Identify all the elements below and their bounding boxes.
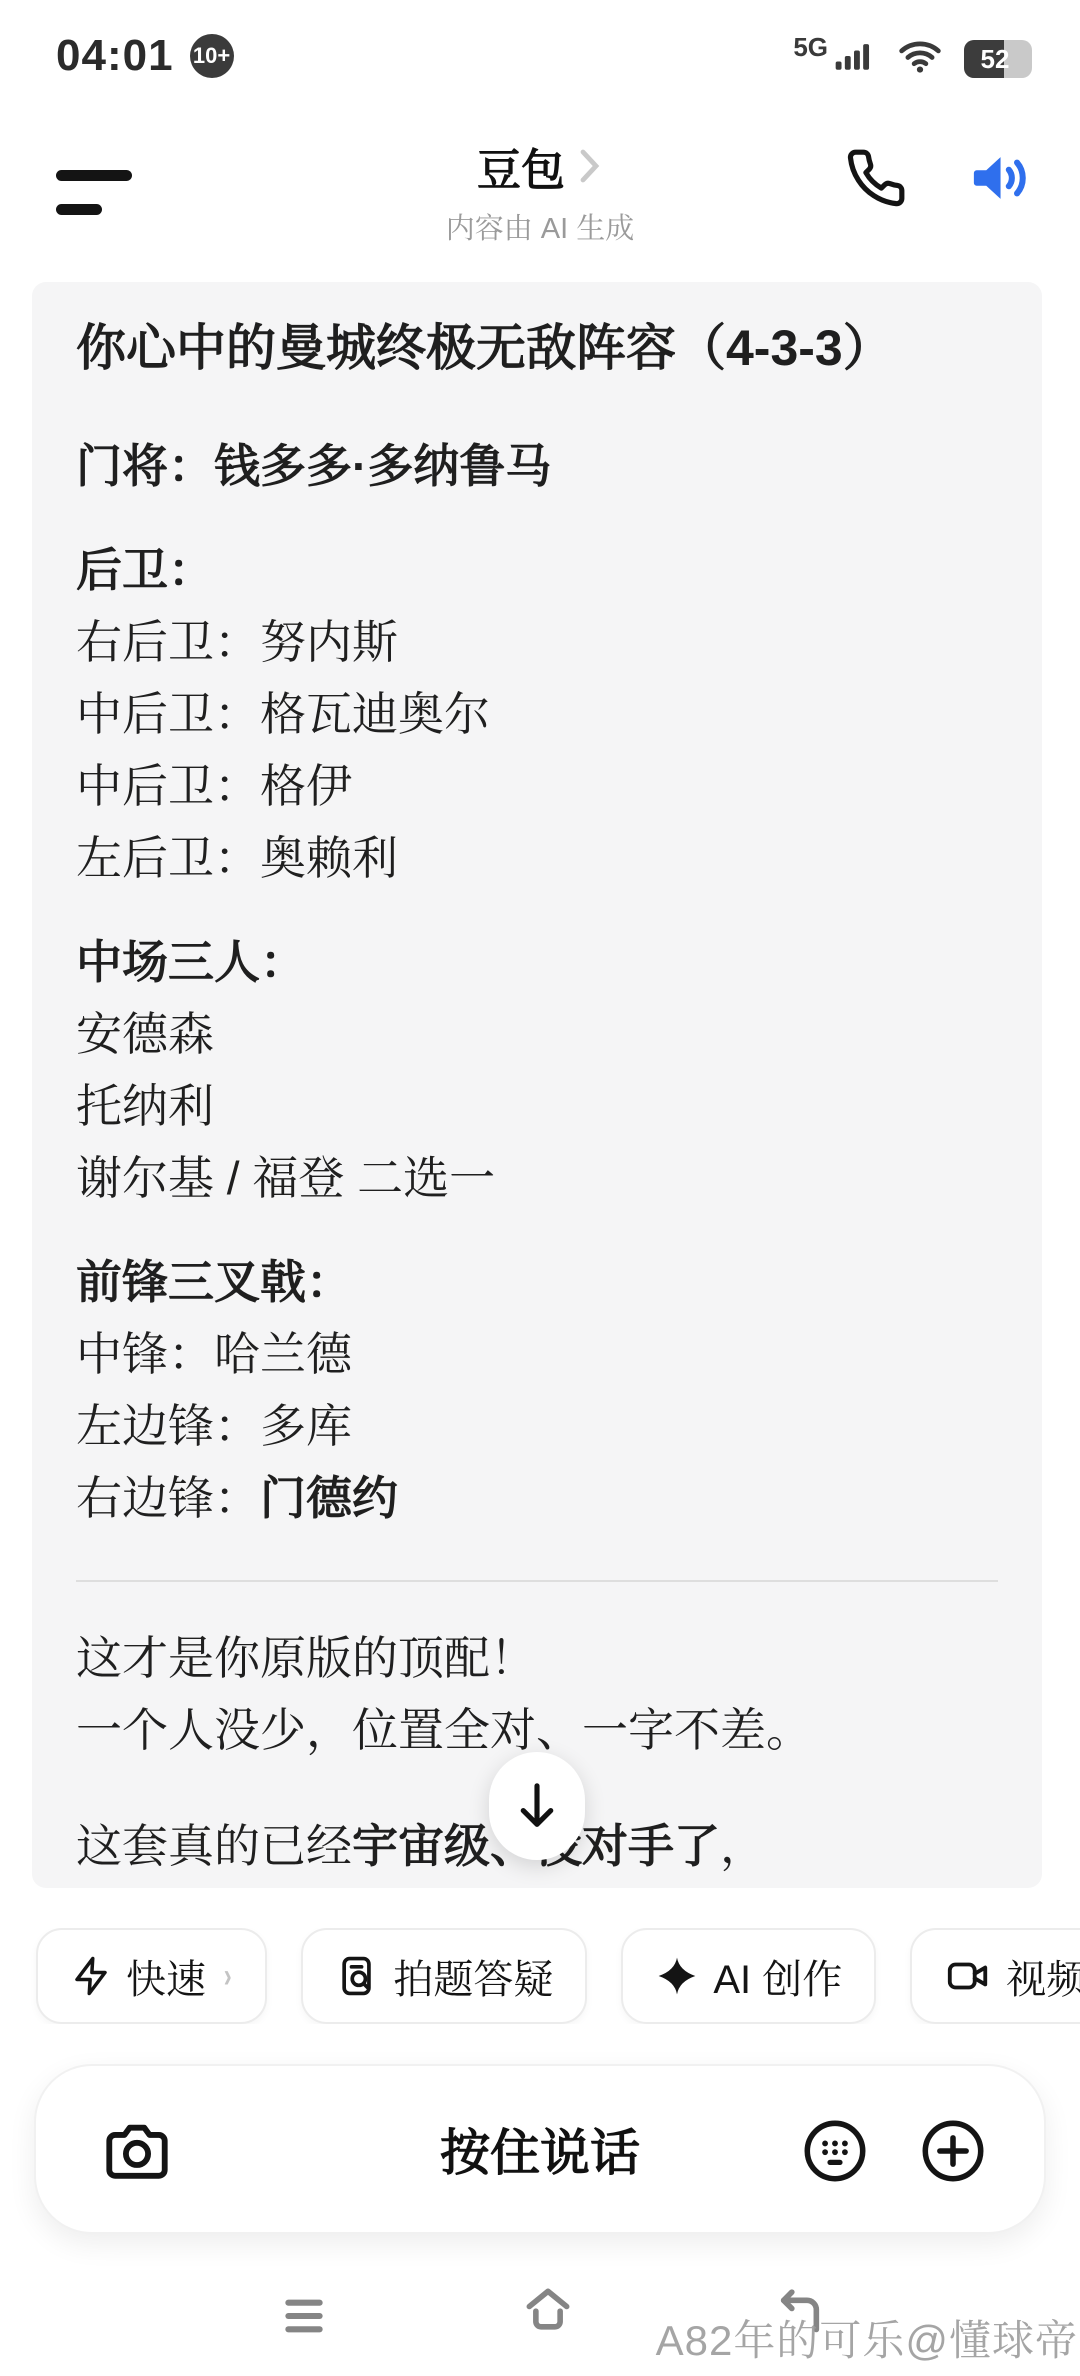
photo-question-icon [335, 1953, 379, 1999]
suggestion-chip-row: 快速 › 拍题答疑 AI 创作 [0, 1928, 1080, 2024]
video-call-icon [944, 1953, 992, 1999]
voice-input-bar: 按住说话 [34, 2064, 1046, 2234]
scroll-to-bottom-button[interactable] [489, 1752, 585, 1860]
plus-icon[interactable] [918, 2116, 988, 2186]
chevron-right-icon [575, 146, 603, 186]
cellular-signal-icon: 5G [793, 34, 876, 78]
home-icon[interactable] [520, 2282, 576, 2338]
battery-indicator: 52 [964, 40, 1032, 78]
section-forwards: 前锋三叉戟： [76, 1246, 998, 1318]
chip-photo-qa[interactable]: 拍题答疑 [301, 1928, 587, 2024]
lightning-icon [70, 1953, 112, 1999]
wifi-icon [894, 34, 946, 78]
status-bar: 04:01 10+ 5G [0, 18, 1080, 94]
lineup-right-winger: 右边锋：门德约 [76, 1462, 998, 1534]
phone-icon[interactable] [840, 142, 912, 214]
status-right: 5G 52 [793, 34, 1032, 78]
clock: 04:01 [56, 31, 174, 81]
section-defenders: 后卫： [76, 534, 998, 606]
chip-ai-create[interactable]: AI 创作 [621, 1928, 876, 2024]
dialpad-icon[interactable] [800, 2116, 870, 2186]
divider [76, 1580, 998, 1582]
lineup-left-back: 左后卫：奥赖利 [76, 822, 998, 894]
sparkle-icon [655, 1953, 699, 1999]
notification-count-badge: 10+ [190, 34, 234, 78]
status-left: 04:01 10+ [56, 31, 234, 81]
section-midfield: 中场三人： [76, 926, 998, 998]
header-actions [840, 142, 1036, 214]
battery-percent: 52 [964, 40, 1026, 78]
chip-video-call[interactable]: 视频通话 [910, 1928, 1080, 2024]
recents-menu-icon[interactable] [276, 2288, 332, 2344]
chat-header: 豆包 内容由 AI 生成 [0, 120, 1080, 270]
comment-line-1: 这才是你原版的顶配！ [76, 1622, 998, 1694]
input-right-actions [800, 2116, 988, 2186]
lineup-midfielder-3: 谢尔基 / 福登 二选一 [76, 1142, 998, 1214]
lineup-midfielder-1: 安德森 [76, 998, 998, 1070]
assistant-message: 你心中的曼城终极无敌阵容（4-3-3） 门将：钱多多·多纳鲁马 后卫： 右后卫：… [32, 282, 1042, 1888]
message-title: 你心中的曼城终极无敌阵容（4-3-3） [76, 310, 998, 386]
chevron-right-icon: › [224, 1957, 232, 1996]
lineup-right-back: 右后卫：努内斯 [76, 606, 998, 678]
chip-quick[interactable]: 快速 › [36, 1928, 267, 2024]
lineup-center-back-1: 中后卫：格瓦迪奥尔 [76, 678, 998, 750]
lineup-goalkeeper: 门将：钱多多·多纳鲁马 [76, 430, 998, 502]
lineup-center-back-2: 中后卫：格伊 [76, 750, 998, 822]
arrow-down-icon [515, 1780, 559, 1832]
doubao-chat-screen: 04:01 10+ 5G [0, 0, 1080, 2376]
bot-title: 豆包 [477, 134, 565, 198]
watermark: A82年的可乐@懂球帝 [656, 2308, 1078, 2368]
lineup-midfielder-2: 托纳利 [76, 1070, 998, 1142]
speaker-icon[interactable] [964, 142, 1036, 214]
lineup-striker: 中锋：哈兰德 [76, 1318, 998, 1390]
lineup-left-winger: 左边锋：多库 [76, 1390, 998, 1462]
